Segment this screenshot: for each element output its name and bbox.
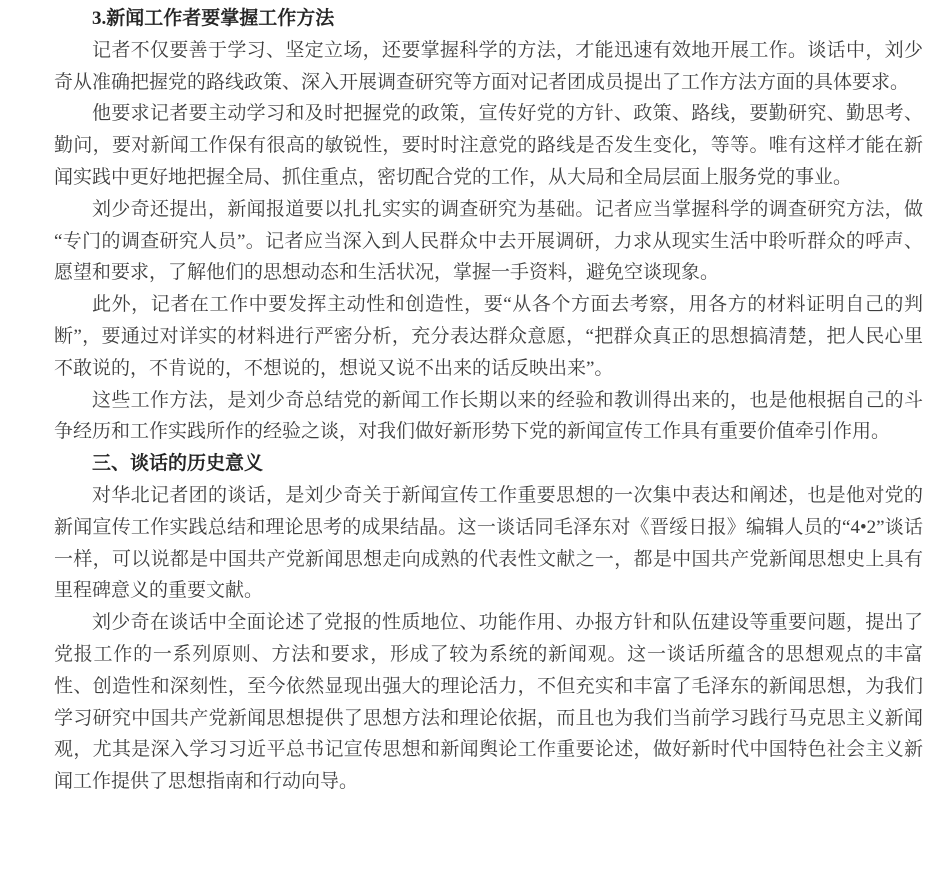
paragraph-party-policy-requirements: 他要求记者要主动学习和及时把握党的政策，宣传好党的方针、政策、路线，要勤研究、勤… xyxy=(54,98,923,193)
document-page: 3.新闻工作者要掌握工作方法 记者不仅要善于学习、坚定立场，还要掌握科学的方法，… xyxy=(0,0,945,798)
paragraph-work-methods-summary: 这些工作方法，是刘少奇总结党的新闻工作长期以来的经验和教训得出来的，也是他根据自… xyxy=(54,385,923,449)
heading-work-methods: 3.新闻工作者要掌握工作方法 xyxy=(54,3,923,35)
heading-historical-significance: 三、谈话的历史意义 xyxy=(54,448,923,480)
paragraph-theoretical-value: 刘少奇在谈话中全面论述了党报的性质地位、功能作用、办报方针和队伍建设等重要问题，… xyxy=(54,607,923,798)
paragraph-work-methods-intro: 记者不仅要善于学习、坚定立场，还要掌握科学的方法，才能迅速有效地开展工作。谈话中… xyxy=(54,35,923,99)
paragraph-talk-significance: 对华北记者团的谈话，是刘少奇关于新闻宣传工作重要思想的一次集中表达和阐述，也是他… xyxy=(54,480,923,607)
paragraph-initiative-creativity: 此外，记者在工作中要发挥主动性和创造性，要“从各个方面去考察，用各方的材料证明自… xyxy=(54,289,923,384)
paragraph-investigation-research: 刘少奇还提出，新闻报道要以扎扎实实的调查研究为基础。记者应当掌握科学的调查研究方… xyxy=(54,194,923,289)
